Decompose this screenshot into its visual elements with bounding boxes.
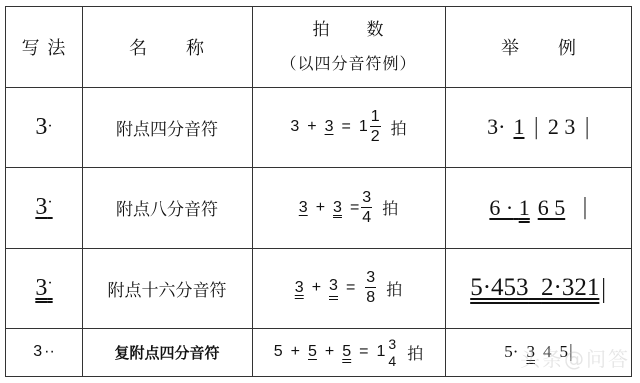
header-beats: 拍 数 （以四分音符例） <box>252 7 445 87</box>
example-note: 2·321 <box>541 274 599 301</box>
notation-digit: 3 <box>35 275 47 301</box>
formula-double-dotted-quarter: 5 + 5 + 5 = 1 34 拍 <box>252 328 445 376</box>
example-note: 5· <box>504 342 518 362</box>
header-beats-subtitle: （以四分音符例） <box>280 47 416 81</box>
fraction-denominator: 4 <box>362 208 371 226</box>
notation-dotted-sixteenth: 3· <box>6 248 82 328</box>
fraction-numerator: 3 <box>365 270 376 288</box>
example-note: 2 3 <box>548 114 576 140</box>
formula-fraction: 34 <box>387 337 397 368</box>
formula-operator: + <box>291 343 300 361</box>
formula-term: 5 <box>274 343 283 361</box>
formula-term: 3 <box>325 118 334 136</box>
name-dotted-quarter: 附点四分音符 <box>82 87 252 167</box>
formula-operator: + <box>316 199 325 217</box>
notation-dotted-quarter: 3· <box>6 87 82 167</box>
header-example: 举 例 <box>445 7 633 87</box>
fraction-denominator: 4 <box>388 352 396 368</box>
formula-whole: 1 <box>359 118 368 136</box>
fraction-denominator: 2 <box>371 127 380 145</box>
example-note: 1 <box>519 195 530 220</box>
fraction-denominator: 8 <box>366 288 375 306</box>
example-dotted-eighth: 6 · 1 6 5 | <box>445 167 633 248</box>
notation-dot: ·· <box>44 343 55 361</box>
notation-digit: 3 <box>33 343 42 361</box>
notation-dot: · <box>47 118 52 136</box>
name-dotted-eighth: 附点八分音符 <box>82 167 252 248</box>
example-note: 5·453 <box>470 274 528 301</box>
notation-dotted-eighth: 3· <box>6 167 82 248</box>
formula-unit: 拍 <box>382 196 398 219</box>
formula-term: 5 <box>342 343 351 361</box>
fraction-numerator: 3 <box>361 190 372 208</box>
formula-term: 3 <box>295 279 304 297</box>
example-note: 6 5 <box>538 195 566 221</box>
formula-equals: = <box>350 199 359 217</box>
fraction-numerator: 1 <box>370 109 381 127</box>
formula-equals: = <box>341 118 350 136</box>
barline: | <box>532 115 539 140</box>
example-dotted-quarter: 3· 1 | 2 3 | <box>445 87 633 167</box>
formula-dotted-quarter: 3 + 3 = 1 12 拍 <box>252 87 445 167</box>
header-beats-title: 拍 数 <box>313 13 385 47</box>
notation-dot: · <box>47 194 52 211</box>
formula-term: 5 <box>308 343 317 361</box>
formula-term: 3 <box>333 199 342 217</box>
header-notation: 写 法 <box>6 7 82 87</box>
formula-operator: + <box>325 343 334 361</box>
barline: | <box>581 195 588 220</box>
formula-equals: = <box>346 279 355 297</box>
example-note: 6 · <box>489 195 513 220</box>
barline: | <box>583 115 590 140</box>
barline: | <box>599 274 607 303</box>
notation-double-dotted-quarter: 3·· <box>6 328 82 376</box>
formula-term: 3 <box>329 277 338 300</box>
formula-dotted-eighth: 3 + 3 = 34 拍 <box>252 167 445 248</box>
notation-dot: · <box>47 275 52 292</box>
watermark: 头条@问答 <box>520 343 630 372</box>
rhythm-table: 写 法 名 称 拍 数 （以四分音符例） 举 例 3· 附点四分音符 3 + 3… <box>5 6 632 377</box>
formula-dotted-sixteenth: 3 + 3 = 38 拍 <box>252 248 445 328</box>
formula-operator: + <box>312 279 321 297</box>
example-dotted-sixteenth: 5·453 2·321| <box>445 248 633 328</box>
formula-fraction: 12 <box>370 109 381 145</box>
formula-operator: + <box>307 118 316 136</box>
formula-unit: 拍 <box>407 341 423 364</box>
formula-term: 3 <box>290 118 299 136</box>
formula-unit: 拍 <box>386 277 402 300</box>
name-dotted-sixteenth: 附点十六分音符 <box>82 248 252 328</box>
header-name: 名 称 <box>82 7 252 87</box>
name-double-dotted-quarter: 复附点四分音符 <box>82 328 252 376</box>
example-note: 1 <box>513 114 524 140</box>
example-note: 3· <box>487 114 505 140</box>
formula-unit: 拍 <box>391 116 407 139</box>
formula-term: 3 <box>299 199 308 217</box>
formula-whole: 1 <box>377 343 386 361</box>
fraction-numerator: 3 <box>387 337 397 352</box>
notation-digit: 3 <box>35 194 47 220</box>
formula-fraction: 34 <box>361 190 372 226</box>
notation-digit: 3 <box>35 114 47 141</box>
formula-equals: = <box>359 343 368 361</box>
formula-fraction: 38 <box>365 270 376 306</box>
